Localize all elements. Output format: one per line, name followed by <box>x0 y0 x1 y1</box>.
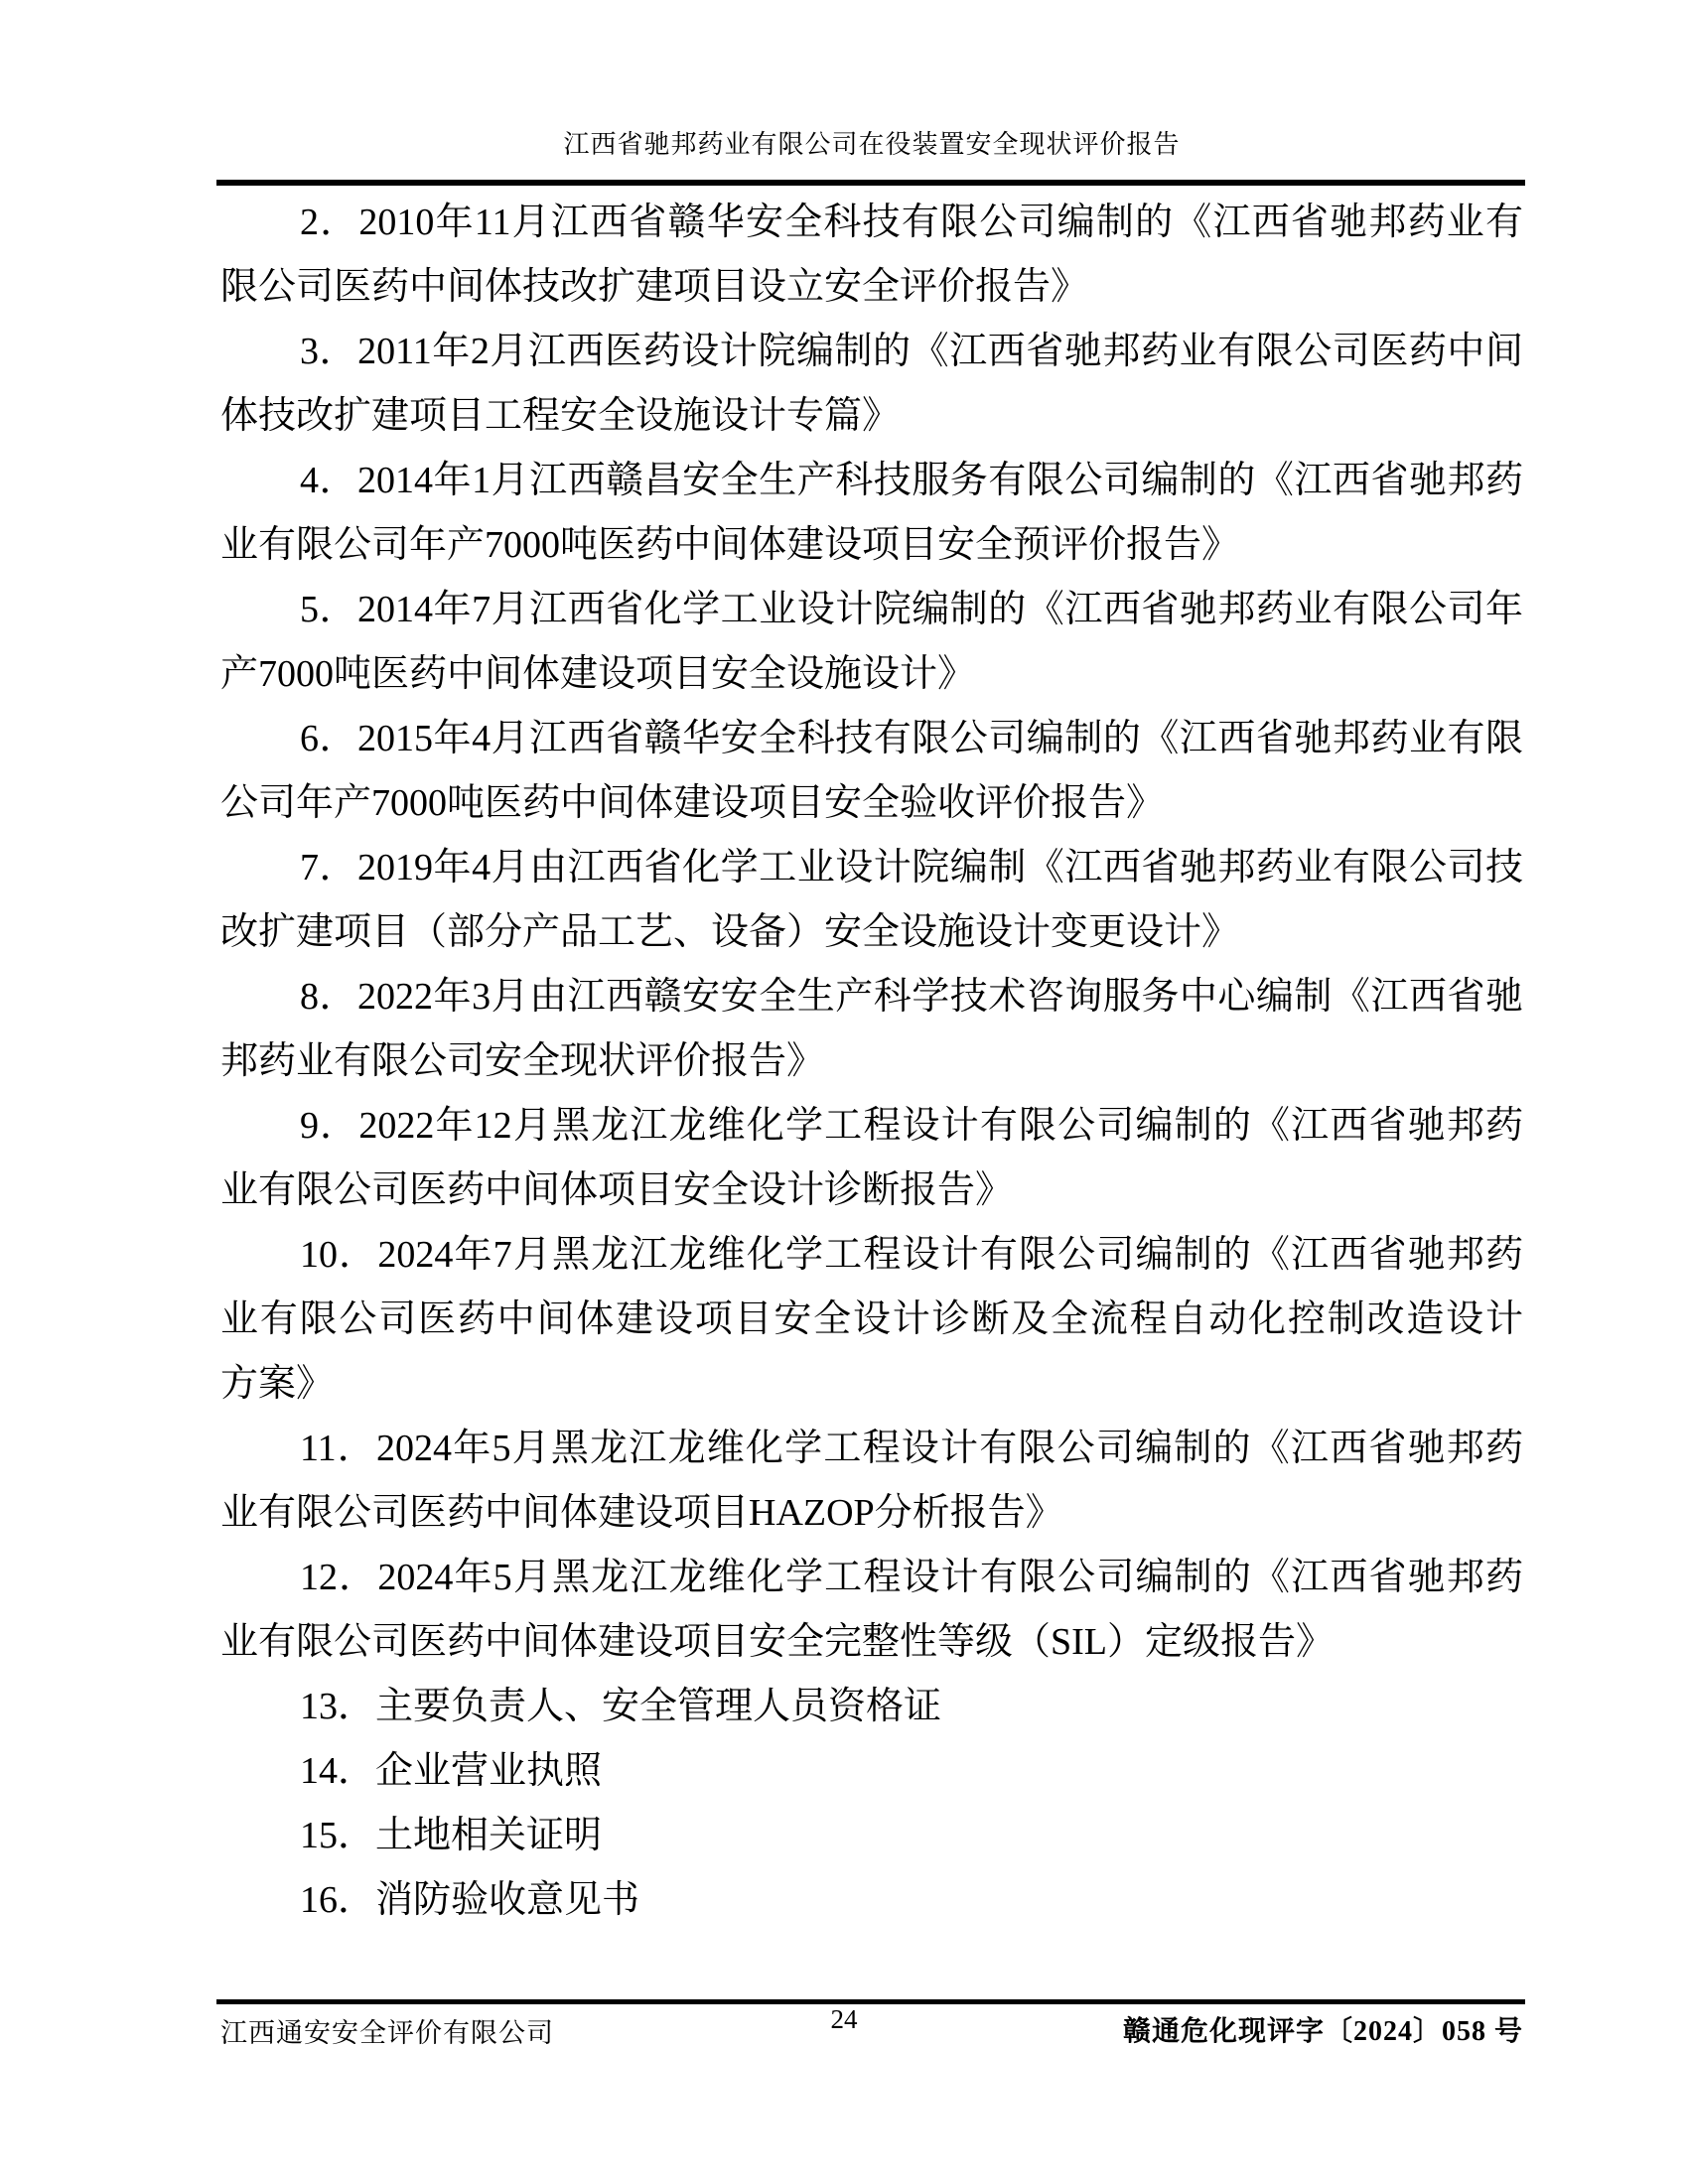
report-line: 9．2022年12月黑龙江龙维化学工程设计有限公司编制的《江西省驰邦药 <box>220 1094 1523 1159</box>
footer-doc-number: 赣通危化现评字〔2024〕058 号 <box>1123 2009 1523 2049</box>
report-line: 邦药业有限公司安全现状评价报告》 <box>220 1029 1523 1094</box>
report-line: 7．2019年4月由江西省化学工业设计院编制《江西省驰邦药业有限公司技 <box>220 836 1523 900</box>
page-header-title: 江西省驰邦药业有限公司在役装置安全现状评价报告 <box>220 125 1523 165</box>
report-line: 10．2024年7月黑龙江龙维化学工程设计有限公司编制的《江西省驰邦药 <box>220 1223 1523 1288</box>
report-line: 12．2024年5月黑龙江龙维化学工程设计有限公司编制的《江西省驰邦药 <box>220 1546 1523 1610</box>
report-line: 15．土地相关证明 <box>220 1804 1523 1868</box>
report-line: 体技改扩建项目工程安全设施设计专篇》 <box>220 384 1523 449</box>
report-list: 2．2010年11月江西省赣华安全科技有限公司编制的《江西省驰邦药业有 限公司医… <box>220 191 1523 1933</box>
footer-company-name: 江西通安安全评价有限公司 <box>220 2011 554 2050</box>
report-line: 公司年产7000吨医药中间体建设项目安全验收评价报告》 <box>220 771 1523 836</box>
document-page: 江西省驰邦药业有限公司在役装置安全现状评价报告 2．2010年11月江西省赣华安… <box>0 0 1688 2184</box>
report-line: 业有限公司医药中间体建设项目安全设计诊断及全流程自动化控制改造设计 <box>220 1288 1523 1352</box>
report-line: 5．2014年7月江西省化学工业设计院编制的《江西省驰邦药业有限公司年 <box>220 578 1523 642</box>
report-line: 6．2015年4月江西省赣华安全科技有限公司编制的《江西省驰邦药业有限 <box>220 707 1523 771</box>
report-line: 11．2024年5月黑龙江龙维化学工程设计有限公司编制的《江西省驰邦药 <box>220 1417 1523 1481</box>
report-line: 业有限公司年产7000吨医药中间体建设项目安全预评价报告》 <box>220 513 1523 578</box>
report-line: 业有限公司医药中间体建设项目安全完整性等级（SIL）定级报告》 <box>220 1610 1523 1675</box>
report-line: 16．消防验收意见书 <box>220 1868 1523 1933</box>
report-line: 2．2010年11月江西省赣华安全科技有限公司编制的《江西省驰邦药业有 <box>220 191 1523 255</box>
report-line: 方案》 <box>220 1352 1523 1417</box>
report-line: 3．2011年2月江西医药设计院编制的《江西省驰邦药业有限公司医药中间 <box>220 320 1523 384</box>
report-line: 产7000吨医药中间体建设项目安全设施设计》 <box>220 642 1523 707</box>
report-line: 业有限公司医药中间体项目安全设计诊断报告》 <box>220 1159 1523 1223</box>
report-line: 4．2014年1月江西赣昌安全生产科技服务有限公司编制的《江西省驰邦药 <box>220 449 1523 513</box>
report-line: 13．主要负责人、安全管理人员资格证 <box>220 1675 1523 1739</box>
report-line: 业有限公司医药中间体建设项目HAZOP分析报告》 <box>220 1481 1523 1546</box>
report-line: 14．企业营业执照 <box>220 1739 1523 1804</box>
header-divider <box>216 180 1525 186</box>
report-line: 限公司医药中间体技改扩建项目设立安全评价报告》 <box>220 255 1523 320</box>
report-line: 改扩建项目（部分产品工艺、设备）安全设施设计变更设计》 <box>220 900 1523 965</box>
report-line: 8．2022年3月由江西赣安安全生产科学技术咨询服务中心编制《江西省驰 <box>220 965 1523 1029</box>
